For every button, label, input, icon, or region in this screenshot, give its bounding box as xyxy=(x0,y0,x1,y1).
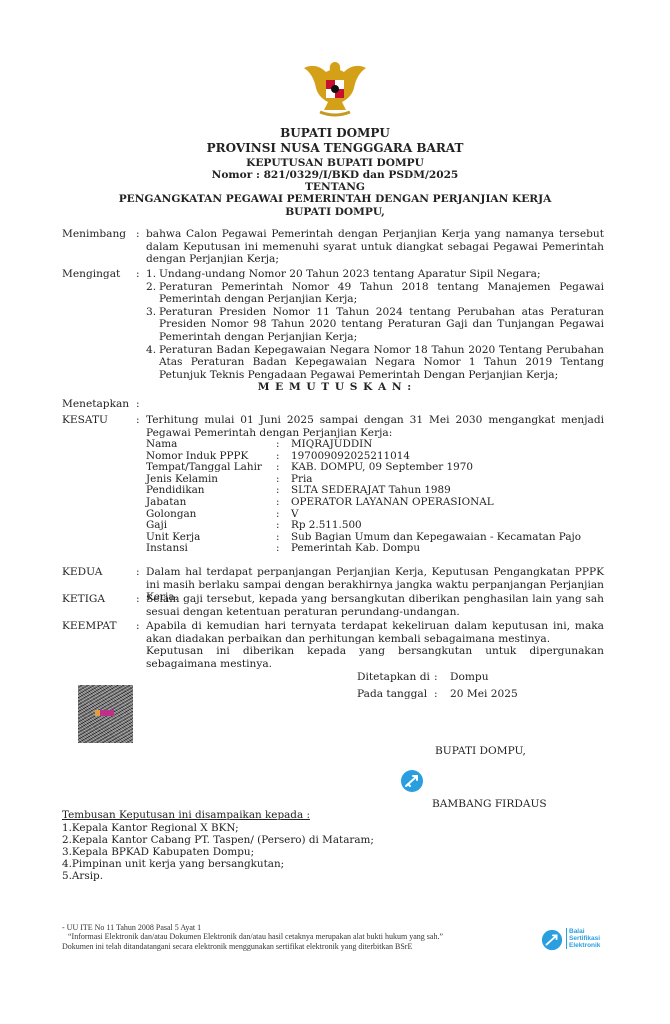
bsre-logo-icon xyxy=(541,929,563,951)
kedua-label: KEDUA xyxy=(62,566,136,579)
memutuskan-heading: M E M U T U S K A N : xyxy=(0,381,670,394)
detail-row: Golongan:V xyxy=(146,509,606,521)
tembusan-item: 2.Kepala Kantor Cabang PT. Taspen/ (Pers… xyxy=(62,835,374,847)
employee-details: Nama:MIQRAJUDDIN Nomor Induk PPPK:197009… xyxy=(146,439,606,555)
decree-issuer: BUPATI DOMPU, xyxy=(0,206,670,219)
signatory-title: BUPATI DOMPU, xyxy=(435,745,526,758)
decree-subject: PENGANGKATAN PEGAWAI PEMERINTAH DENGAN P… xyxy=(0,193,670,206)
mengingat-item: 4.Peraturan Badan Kepegawaian Negara Nom… xyxy=(146,344,604,382)
mengingat-item: 2.Peraturan Pemerintah Nomor 49 Tahun 20… xyxy=(146,281,604,306)
mengingat-item: 1.Undang-undang Nomor 20 Tahun 2023 tent… xyxy=(146,268,604,281)
date-label: Pada tanggal xyxy=(357,688,427,701)
mengingat-item: 3.Peraturan Presiden Nomor 11 Tahun 2024… xyxy=(146,306,604,344)
menetapkan-colon: : xyxy=(136,398,146,411)
header-line1: BUPATI DOMPU xyxy=(0,126,670,140)
tembusan-item: 3.Kepala BPKAD Kabupaten Dompu; xyxy=(62,847,254,859)
bsre-signature-icon xyxy=(400,769,424,793)
kesatu-colon: : xyxy=(136,414,146,427)
detail-row: Jabatan:OPERATOR LAYANAN OPERASIONAL xyxy=(146,497,606,509)
menimbang-text: bahwa Calon Pegawai Pemerintah dengan Pe… xyxy=(146,228,604,266)
garuda-emblem-icon xyxy=(300,58,370,120)
tembusan-item: 4.Pimpinan unit kerja yang bersangkutan; xyxy=(62,859,284,871)
date-value: 20 Mei 2025 xyxy=(450,688,518,701)
keempat-text: Apabila di kemudian hari ternyata terdap… xyxy=(146,620,604,645)
kesatu-label: KESATU xyxy=(62,414,136,427)
detail-row: Gaji:Rp 2.511.500 xyxy=(146,520,606,532)
decree-number: Nomor : 821/0329/I/BKD dan PSDM/2025 xyxy=(0,169,670,182)
keempat-colon: : xyxy=(136,620,146,633)
header-line2: PROVINSI NUSA TENGGGARA BARAT xyxy=(0,141,670,155)
decree-title: KEPUTUSAN BUPATI DOMPU xyxy=(0,157,670,170)
ketiga-text: Selain gaji tersebut, kepada yang bersan… xyxy=(146,593,604,618)
tembusan-item: 1.Kepala Kantor Regional X BKN; xyxy=(62,823,239,835)
date-colon: : xyxy=(434,688,438,701)
footer-quote: “Informasi Elektronik dan/atau Dokumen E… xyxy=(68,932,443,942)
decree-about: TENTANG xyxy=(0,181,670,194)
menimbang-label: Menimbang xyxy=(62,228,136,241)
tembusan-title: Tembusan Keputusan ini disampaikan kepad… xyxy=(62,810,310,822)
footer-bsre-note: Dokumen ini telah ditandatangani secara … xyxy=(62,942,412,952)
mengingat-label: Mengingat xyxy=(62,268,136,281)
bsre-logo: Balai Sertifikasi Elektronik xyxy=(541,927,611,953)
ketiga-colon: : xyxy=(136,593,146,606)
place-value: Dompu xyxy=(450,671,489,684)
menimbang-colon: : xyxy=(136,228,146,241)
detail-row: Instansi:Pemerintah Kab. Dompu xyxy=(146,543,606,555)
mengingat-colon: : xyxy=(136,268,146,281)
tembusan-item: 5.Arsip. xyxy=(62,871,103,883)
keempat-label: KEEMPAT xyxy=(62,620,136,633)
detail-row: Nama:MIQRAJUDDIN xyxy=(146,439,606,451)
kesatu-text: Terhitung mulai 01 Juni 2025 sampai deng… xyxy=(146,414,604,439)
kedua-colon: : xyxy=(136,566,146,579)
place-label: Ditetapkan di xyxy=(357,671,430,684)
keempat-text2: Keputusan ini diberikan kepada yang bers… xyxy=(146,645,604,670)
place-colon: : xyxy=(434,671,438,684)
menetapkan-label: Menetapkan xyxy=(62,398,136,411)
signatory-name: BAMBANG FIRDAUS xyxy=(432,798,547,811)
mengingat-list: 1.Undang-undang Nomor 20 Tahun 2023 tent… xyxy=(146,268,604,381)
ketiga-label: KETIGA xyxy=(62,593,136,606)
qr-code xyxy=(78,685,133,743)
